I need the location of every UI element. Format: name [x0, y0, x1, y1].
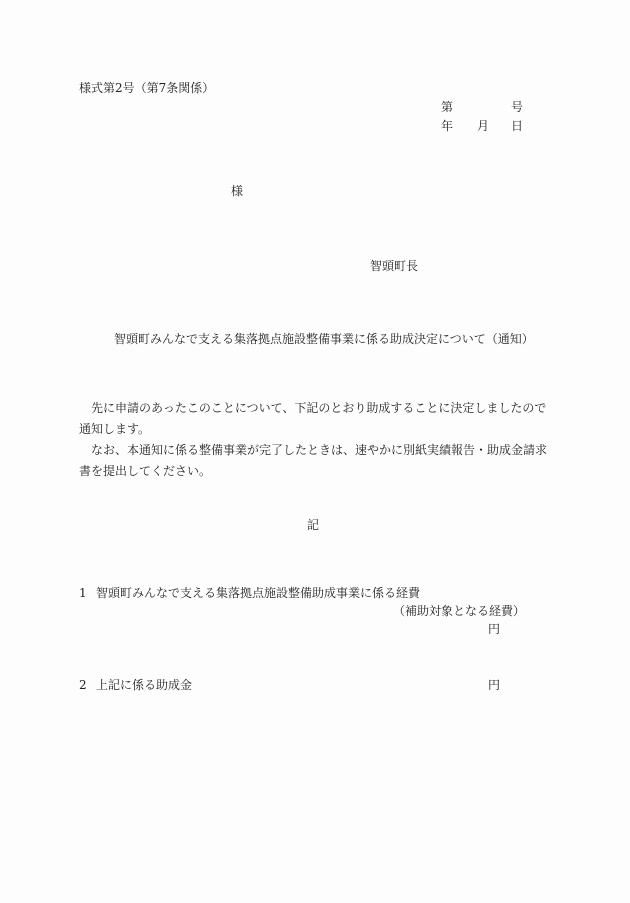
body-paragraph-1: 先に申請のあったこのことについて、下記のとおり助成することに決定しましたので通知… — [79, 398, 551, 440]
date-year: 年 — [441, 119, 453, 133]
number-prefix: 第 — [441, 100, 453, 114]
date-day: 日 — [511, 119, 523, 133]
item-1-label: 智頭町みんなで支える集落拠点施設整備助成事業に係る経費 — [96, 586, 420, 600]
item-2-label: 上記に係る助成金 — [96, 678, 192, 692]
number-suffix: 号 — [511, 100, 523, 114]
item-1-note: （補助対象となる経費） — [393, 604, 525, 618]
item-2-number: 2 — [79, 678, 87, 692]
form-label: 様式第2号（第7条関係） — [79, 81, 214, 95]
document-page: 様式第2号（第7条関係） 第 号 年 月 日 様 智頭町長 智頭町みんなで支える… — [0, 0, 630, 903]
sender-name: 智頭町長 — [370, 259, 418, 273]
date-month: 月 — [477, 119, 489, 133]
body-paragraph-2: なお、本通知に係る整備事業が完了したときは、速やかに別紙実績報告・助成金請求書を… — [79, 440, 551, 482]
body-text: 先に申請のあったこのことについて、下記のとおり助成することに決定しましたので通知… — [79, 398, 551, 482]
item-1-number: 1 — [79, 586, 87, 600]
addressee-honorific: 様 — [231, 184, 243, 198]
ki-heading: 記 — [307, 518, 319, 532]
document-title: 智頭町みんなで支える集落拠点施設整備事業に係る助成決定について（通知） — [114, 332, 534, 346]
item-1-unit: 円 — [488, 622, 500, 636]
item-2-unit: 円 — [488, 678, 500, 692]
